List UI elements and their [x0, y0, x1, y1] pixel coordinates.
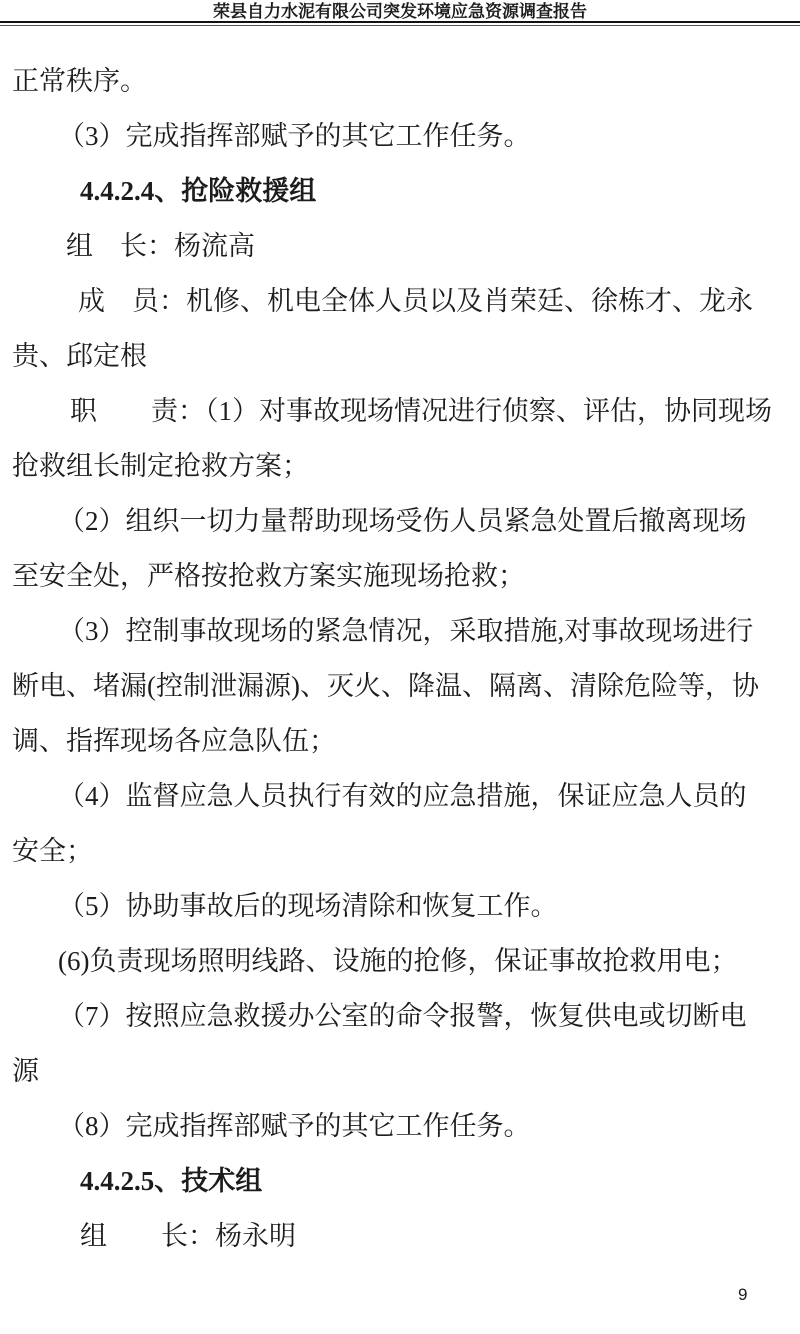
item-paragraph: （7）按照应急救援办公室的命令报警，恢复供电或切断电: [12, 989, 798, 1044]
continuation-line: 源: [12, 1044, 798, 1099]
continuation-line: 正常秩序。: [12, 54, 798, 109]
section-heading-rescue: 4.4.2.4、抢险救援组: [12, 164, 798, 219]
section-heading-technical: 4.4.2.5、技术组: [12, 1154, 798, 1209]
role-line-duties: 职 责：（1）对事故现场情况进行侦察、评估，协同现场: [12, 384, 798, 439]
item-paragraph: （2）组织一切力量帮助现场受伤人员紧急处置后撤离现场: [12, 494, 798, 549]
item-paragraph: （3）完成指挥部赋予的其它工作任务。: [12, 109, 798, 164]
header-rule-thin: [0, 25, 800, 26]
header-rule-thick: [0, 21, 800, 23]
continuation-line: 至安全处，严格按抢救方案实施现场抢救；: [12, 549, 798, 604]
continuation-line: 调、指挥现场各应急队伍；: [12, 714, 798, 769]
continuation-line: 贵、邱定根: [12, 329, 798, 384]
role-line-members: 成 员：机修、机电全体人员以及肖荣廷、徐栋才、龙永: [12, 274, 798, 329]
item-paragraph: （3）控制事故现场的紧急情况，采取措施,对事故现场进行: [12, 604, 798, 659]
item-paragraph: (6)负责现场照明线路、设施的抢修，保证事故抢救用电；: [12, 934, 798, 989]
continuation-line: 抢救组长制定抢救方案；: [12, 439, 798, 494]
role-line-leader: 组 长：杨流高: [12, 219, 798, 274]
document-body: 正常秩序。 （3）完成指挥部赋予的其它工作任务。 4.4.2.4、抢险救援组 组…: [12, 54, 798, 1264]
continuation-line: 断电、堵漏(控制泄漏源)、灭火、降温、隔离、清除危险等，协: [12, 659, 798, 714]
item-paragraph: （4）监督应急人员执行有效的应急措施，保证应急人员的: [12, 769, 798, 824]
item-paragraph: （5）协助事故后的现场清除和恢复工作。: [12, 879, 798, 934]
continuation-line: 安全；: [12, 824, 798, 879]
page-number: 9: [738, 1286, 747, 1304]
item-paragraph: （8）完成指挥部赋予的其它工作任务。: [12, 1099, 798, 1154]
role-line-leader: 组 长：杨永明: [12, 1209, 798, 1264]
page-header-title: 荣县自力水泥有限公司突发环境应急资源调查报告: [0, 3, 800, 21]
document-page: 荣县自力水泥有限公司突发环境应急资源调查报告 正常秩序。 （3）完成指挥部赋予的…: [0, 0, 800, 1334]
